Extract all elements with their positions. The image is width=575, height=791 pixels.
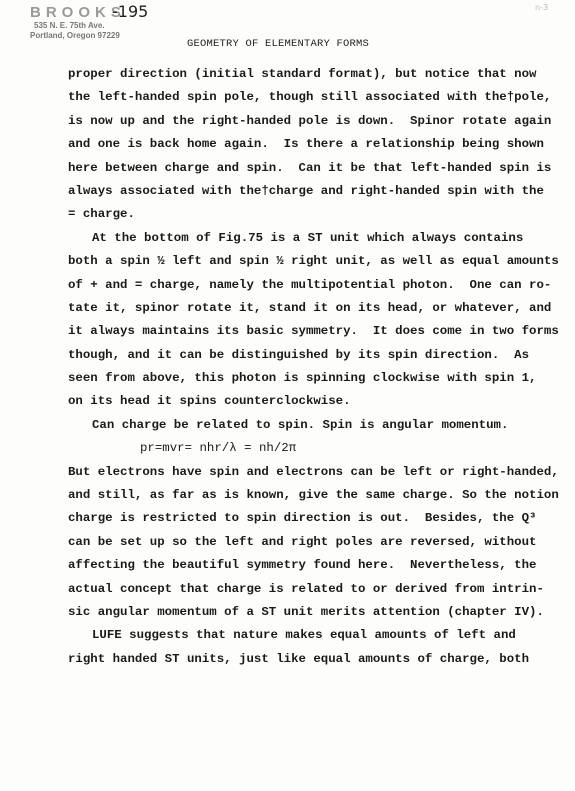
text-line: of + and = charge, namely the multipoten… (68, 274, 568, 297)
text-line: on its head it spins counterclockwise. (68, 390, 568, 413)
stamp-address-line1: 535 N. E. 75th Ave. (34, 21, 126, 31)
corner-mark: n-3 (535, 3, 548, 12)
text-line: is now up and the right-handed pole is d… (68, 110, 568, 133)
handwritten-page-number: -195 (112, 2, 148, 21)
text-line: both a spin ½ left and spin ½ right unit… (68, 250, 568, 273)
text-line: sic angular momentum of a ST unit merits… (68, 601, 568, 624)
body-text: proper direction (initial standard forma… (68, 63, 568, 671)
text-line: At the bottom of Fig.75 is a ST unit whi… (68, 227, 568, 250)
text-line: actual concept that charge is related to… (68, 578, 568, 601)
stamp-address-line2: Portland, Oregon 97229 (30, 31, 126, 41)
text-line: it always maintains its basic symmetry. … (68, 320, 568, 343)
page-title: GEOMETRY OF ELEMENTARY FORMS (187, 38, 369, 50)
text-line: But electrons have spin and electrons ca… (68, 461, 568, 484)
text-line: right handed ST units, just like equal a… (68, 648, 568, 671)
text-line: = charge. (68, 203, 568, 226)
text-line: Can charge be related to spin. Spin is a… (68, 414, 568, 437)
text-line: and still, as far as is known, give the … (68, 484, 568, 507)
text-line: here between charge and spin. Can it be … (68, 157, 568, 180)
text-line: affecting the beautiful symmetry found h… (68, 554, 568, 577)
text-line: though, and it can be distinguished by i… (68, 344, 568, 367)
document-page: BROOKS 535 N. E. 75th Ave. Portland, Ore… (0, 0, 575, 791)
text-line: charge is restricted to spin direction i… (68, 507, 568, 530)
text-line: can be set up so the left and right pole… (68, 531, 568, 554)
text-line: tate it, spinor rotate it, stand it on i… (68, 297, 568, 320)
formula-line: pr=mvr= nhr/λ = nh/2π (68, 437, 568, 460)
text-line: always associated with the†charge and ri… (68, 180, 568, 203)
text-line: and one is back home again. Is there a r… (68, 133, 568, 156)
text-line: proper direction (initial standard forma… (68, 63, 568, 86)
text-line: seen from above, this photon is spinning… (68, 367, 568, 390)
text-line: the left-handed spin pole, though still … (68, 86, 568, 109)
text-line: LUFE suggests that nature makes equal am… (68, 624, 568, 647)
